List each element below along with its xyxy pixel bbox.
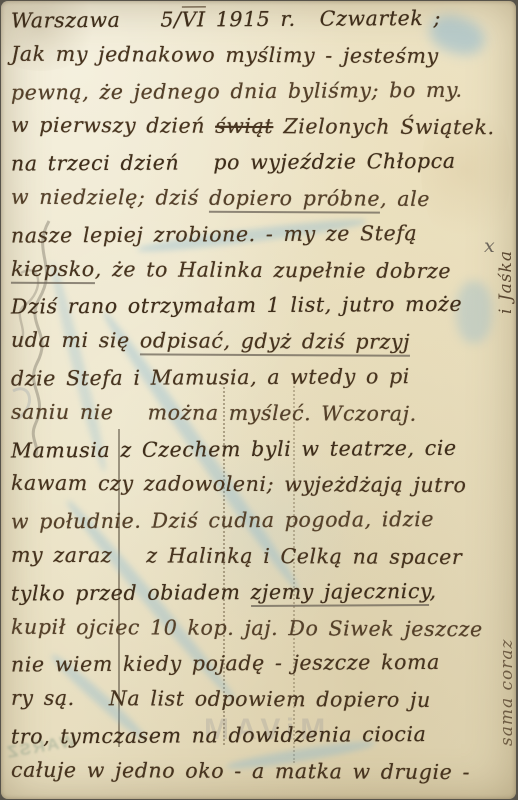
handwriting-text: kupił ojciec 10 kop. jaj. Do Siwek jeszc… [11, 614, 483, 640]
handwriting-text: tylko przed obiadem [11, 580, 251, 605]
handwriting-line: ry są. Na list odpowiem dopiero ju [11, 686, 511, 724]
handwriting-line: w niedzielę; dziś dopiero próbne, ale [11, 185, 511, 223]
handwriting-text: w niedzielę; dziś [11, 185, 209, 210]
handwriting-text: w południe. Dziś cudna pogoda, idzie [11, 507, 434, 534]
handwriting-line: Jak my jednakowo myślimy - jesteśmy [11, 41, 511, 79]
handwriting-text: ry są. [11, 686, 85, 710]
handwriting-text: Dziś rano otrzymałam 1 list, jutro może [11, 292, 462, 319]
handwriting-text: Mamusia z Czechem byli w teatrze, cie [11, 435, 457, 462]
handwriting-text: nie wiem kiedy pojadę - jeszcze koma [11, 650, 440, 677]
handwriting-line: dzie Stefa i Mamusia, a wtedy o pi [11, 363, 511, 402]
handwriting-text: całuje w jedno oko - a matka w drugie - [11, 757, 470, 783]
handwriting-line: kupił ojciec 10 kop. jaj. Do Siwek jeszc… [11, 614, 511, 652]
handwriting-text: na trzeci dzień [11, 151, 190, 176]
handwriting-text: VI [181, 6, 205, 31]
handwriting-line: w południe. Dziś cudna pogoda, idzie [11, 507, 511, 546]
handwriting-text: , że to Halinka zupełnie dobrze [95, 257, 452, 283]
handwriting-line: my zaraz z Halinką i Celką na spacer [11, 543, 511, 581]
handwriting-text: kawam czy zadowoleni; wyjeżdżają jutro [11, 471, 467, 497]
handwriting-text: my zaraz [11, 543, 122, 568]
handwriting-text: świąt [215, 114, 273, 138]
handwriting-text: Jak my jednakowo myślimy - jesteśmy [11, 41, 439, 67]
handwriting-text: można myśleć. Wczoraj. [148, 400, 417, 425]
handwriting-text: Zielonych Świątek. [273, 114, 495, 139]
handwriting-text: zjemy jajecznicy [251, 579, 430, 607]
handwriting-line: uda mi się odpisać, gdyż dziś przyj [11, 328, 511, 366]
handwriting-text: uda mi się [11, 328, 140, 353]
handwriting-text: pewną, że jednego dnia byliśmy; bo my. [11, 77, 463, 104]
handwriting-line: Dziś rano otrzymałam 1 list, jutro może [11, 292, 511, 331]
handwriting-line: saniu nie można myśleć. Wczoraj. [11, 399, 511, 437]
handwriting-text: dzie Stefa i Mamusia, a wtedy o pi [11, 364, 410, 390]
handwriting-text: , [429, 579, 436, 603]
handwriting-line: Mamusia z Czechem byli w teatrze, cie [11, 435, 511, 474]
handwriting-text: 5/ [160, 7, 181, 31]
handwriting-text: po wyjeździe Chłopca [213, 149, 455, 174]
handwriting-line: nie wiem kiedy pojadę - jeszcze koma [11, 650, 511, 689]
handwriting-line: kiepsko, że to Halinka zupełnie dobrze [11, 256, 511, 294]
handwriting-text: kiepsko [11, 256, 95, 283]
handwriting-line: tylko przed obiadem zjemy jajecznicy, [11, 578, 511, 617]
handwriting-text: nasze lepiej zrobione. - my ze Stefą [11, 221, 417, 247]
handwriting-line: całuje w jedno oko - a matka w drugie - [11, 757, 511, 795]
handwriting-text: Czwartek ; [320, 6, 441, 31]
scanned-postcard: MAViM WARSZ i Jaśka sama coraz x Warszaw… [0, 0, 518, 800]
letter-body: Warszawa5/VI 1915 r.Czwartek ;Jak my jed… [11, 7, 511, 795]
handwriting-text: dopiero próbne [209, 186, 380, 214]
handwriting-text: , ale [380, 187, 430, 211]
handwriting-line: Warszawa5/VI 1915 r.Czwartek ; [11, 5, 511, 44]
handwriting-line: w pierwszy dzień świąt Zielonych Świątek… [11, 113, 511, 151]
handwriting-line: kawam czy zadowoleni; wyjeżdżają jutro [11, 471, 511, 509]
handwriting-text: odpisać, gdyż dziś przyj [140, 329, 410, 357]
handwriting-text: tro, tymczasem na dowidzenia ciocia [11, 722, 427, 749]
handwriting-text: saniu nie [11, 399, 124, 424]
handwriting-text: Warszawa [11, 8, 121, 33]
handwriting-text: z Halinką i Celką na spacer [146, 543, 462, 569]
handwriting-line: na trzeci dzień po wyjeździe Chłopca [11, 149, 511, 188]
handwriting-line: pewną, że jednego dnia byliśmy; bo my. [11, 77, 511, 116]
postcard-paper: MAViM WARSZ i Jaśka sama coraz x Warszaw… [1, 1, 516, 799]
handwriting-text: 1915 r. [206, 7, 296, 32]
handwriting-line: tro, tymczasem na dowidzenia ciocia [11, 721, 511, 760]
handwriting-text: Na list odpowiem dopiero ju [109, 686, 431, 712]
handwriting-line: nasze lepiej zrobione. - my ze Stefą [11, 220, 511, 259]
handwriting-text: w pierwszy dzień [11, 113, 215, 138]
